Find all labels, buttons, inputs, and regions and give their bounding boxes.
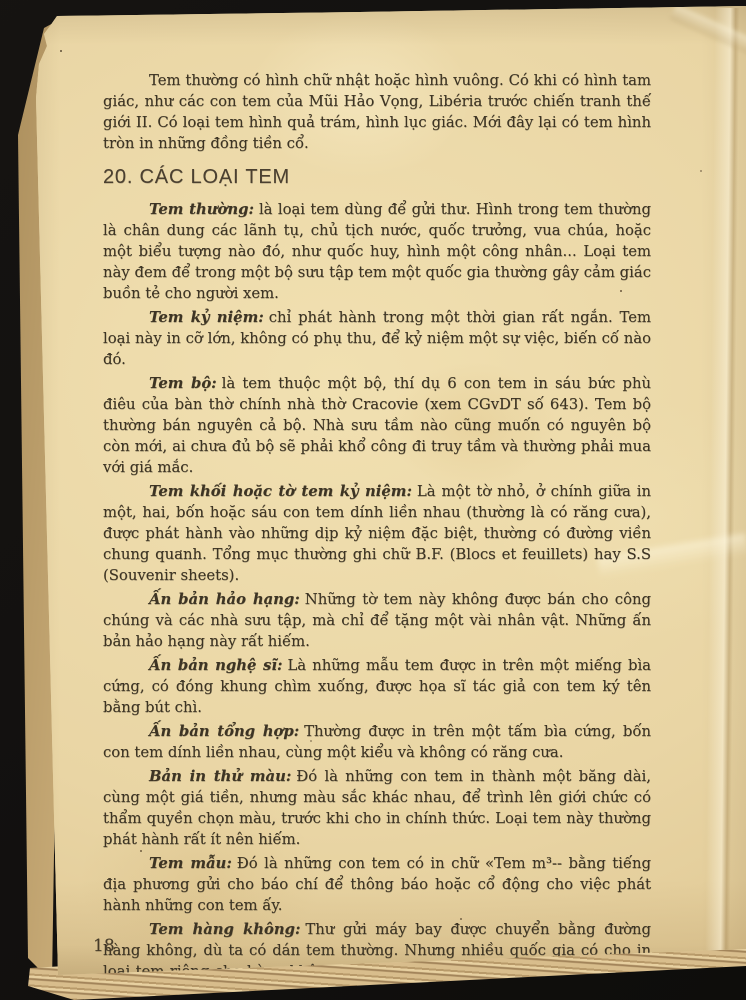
- paragraph-lead: Ấn bản hảo hạng:: [149, 591, 300, 608]
- paragraph-lead: Tem khối hoặc tờ tem kỷ niệm:: [149, 483, 412, 500]
- corner-fold-highlight: [670, 4, 746, 63]
- paragraph-tem-ky-niem: Tem kỷ niệm:chỉ phát hành trong một thời…: [103, 307, 651, 370]
- paragraph-lead: Tem mẫu:: [149, 855, 232, 872]
- paragraph-lead: Tem hàng không:: [149, 921, 300, 938]
- page-text: Tem thường có hình chữ nhật hoặc hình vu…: [103, 70, 651, 1000]
- paragraph-tem-mau: Tem mẫu:Đó là những con tem có in chữ «T…: [103, 853, 651, 916]
- section-heading: 20. CÁC LOẠI TEM: [103, 167, 651, 188]
- intro-paragraph: Tem thường có hình chữ nhật hoặc hình vu…: [103, 70, 651, 154]
- paragraph-an-ban-hao-hang: Ấn bản hảo hạng:Những tờ tem này không đ…: [103, 589, 651, 652]
- scanned-book-photo: Tem thường có hình chữ nhật hoặc hình vu…: [0, 0, 746, 1000]
- paragraph-lead: Tem bộ:: [149, 375, 217, 392]
- paragraph-lead: Ấn bản nghệ sĩ:: [149, 657, 282, 674]
- paragraph-an-ban-tong-hop: Ấn bản tổng hợp:Thường được in trên một …: [103, 721, 651, 763]
- paper-specks: [60, 50, 62, 52]
- paragraph-ban-in-thu-mau: Bản in thử màu:Đó là những con tem in th…: [103, 766, 651, 850]
- page-number: 18: [93, 936, 115, 956]
- paragraph-tem-khoi: Tem khối hoặc tờ tem kỷ niệm:Là một tờ n…: [103, 481, 651, 586]
- page-crease: [705, 8, 743, 964]
- paragraph-tem-bo: Tem bộ:là tem thuộc một bộ, thí dụ 6 con…: [103, 373, 651, 478]
- paragraph-lead: Ấn bản tổng hợp:: [149, 723, 299, 740]
- paragraph-lead: Tem thường:: [149, 201, 254, 218]
- paragraph-an-ban-nghe-si: Ấn bản nghệ sĩ:Là những mẫu tem được in …: [103, 655, 651, 718]
- paragraph-lead: Bản in thử màu:: [149, 768, 291, 785]
- book-page: Tem thường có hình chữ nhật hoặc hình vu…: [0, 0, 746, 1000]
- paragraph-lead: Tem kỷ niệm:: [149, 309, 264, 326]
- paragraph-tem-thuong: Tem thường:là loại tem dùng để gửi thư. …: [103, 199, 651, 304]
